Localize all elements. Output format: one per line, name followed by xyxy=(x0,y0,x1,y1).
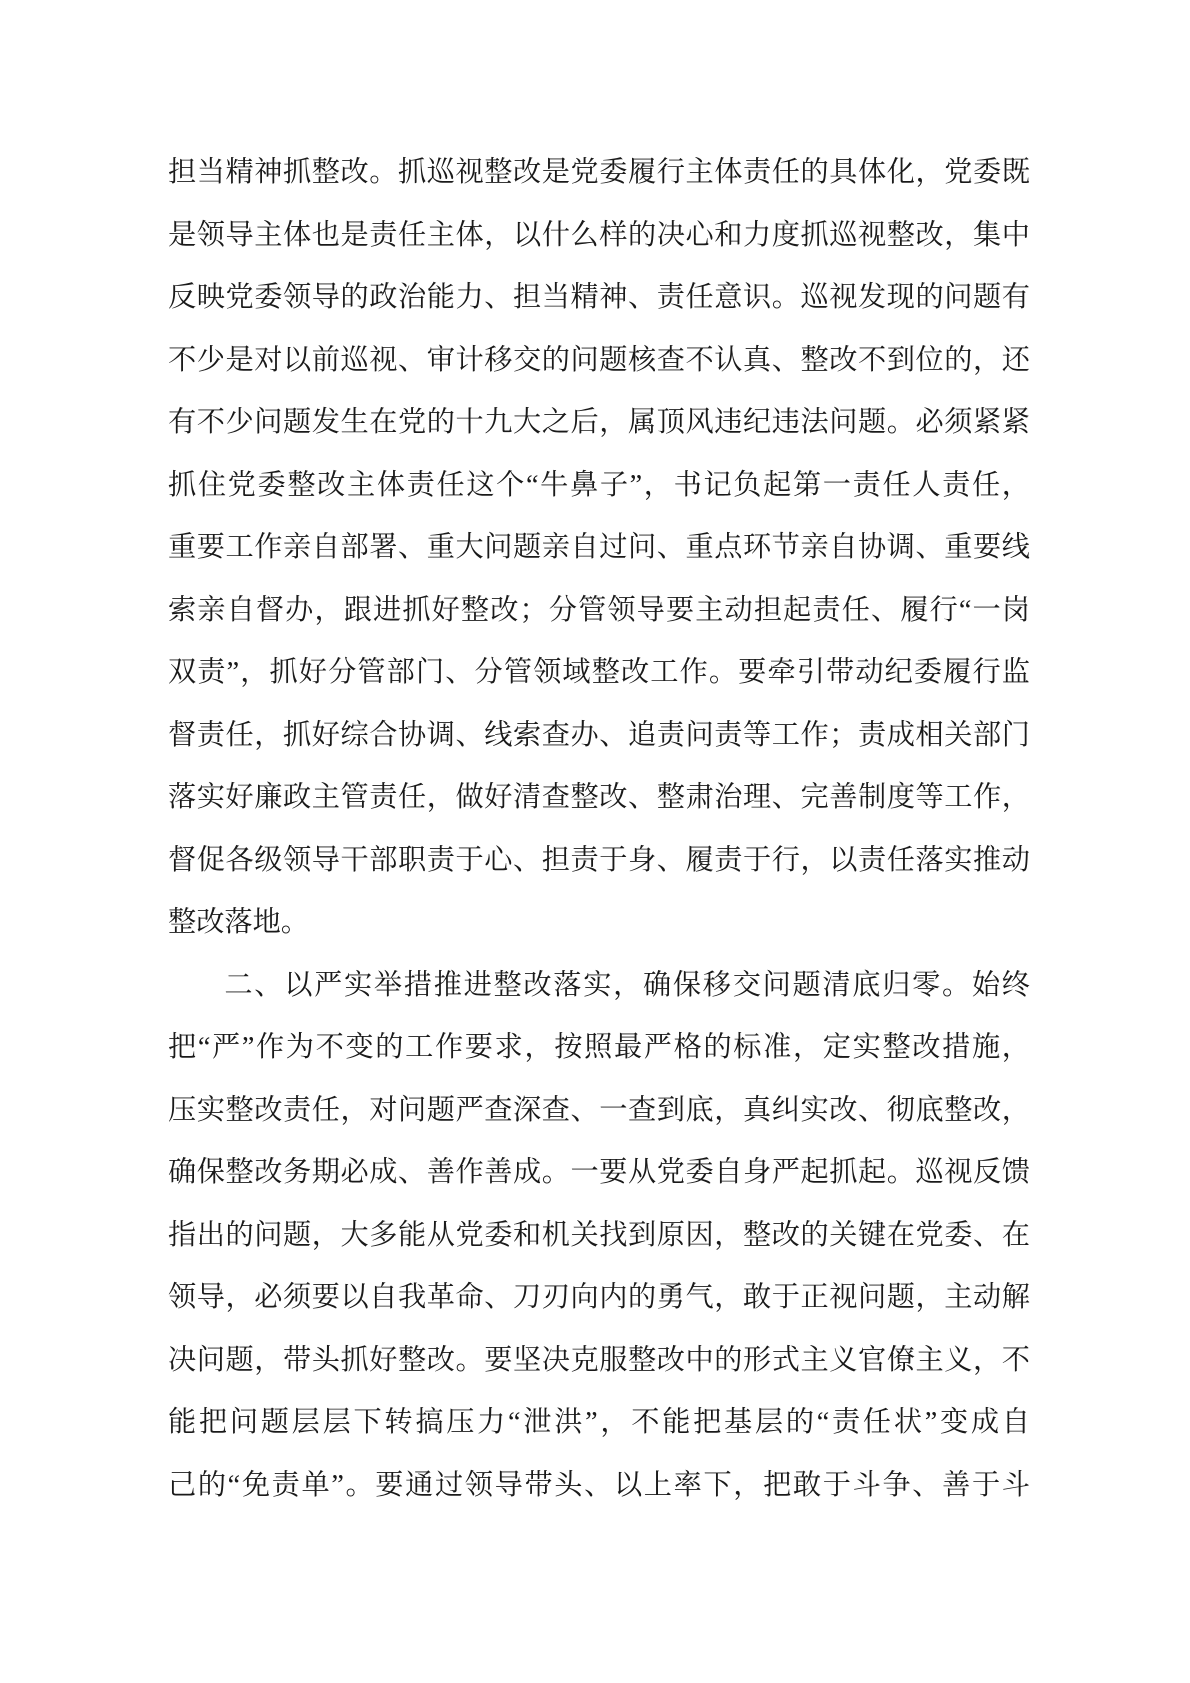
body-text: 担当精神抓整改。抓巡视整改是党委履行主体责任的具体化，党委既 是领导主体也是责任… xyxy=(168,142,1030,1517)
text-line: 担当精神抓整改。抓巡视整改是党委履行主体责任的具体化，党委既 xyxy=(168,142,1030,205)
text-line: 把“严”作为不变的工作要求，按照最严格的标准，定实整改措施， xyxy=(168,1017,1030,1080)
text-line: 重要工作亲自部署、重大问题亲自过问、重点环节亲自协调、重要线 xyxy=(168,517,1030,580)
text-line: 领导，必须要以自我革命、刀刃向内的勇气，敢于正视问题，主动解 xyxy=(168,1267,1030,1330)
text-line: 整改落地。 xyxy=(168,892,1030,955)
text-line: 决问题，带头抓好整改。要坚决克服整改中的形式主义官僚主义，不 xyxy=(168,1330,1030,1393)
text-line: 能把问题层层下转搞压力“泄洪”，不能把基层的“责任状”变成自 xyxy=(168,1392,1030,1455)
text-line: 是领导主体也是责任主体，以什么样的决心和力度抓巡视整改，集中 xyxy=(168,205,1030,268)
document-page: 担当精神抓整改。抓巡视整改是党委履行主体责任的具体化，党委既 是领导主体也是责任… xyxy=(0,0,1190,1683)
text-line: 有不少问题发生在党的十九大之后，属顶风违纪违法问题。必须紧紧 xyxy=(168,392,1030,455)
text-line: 己的“免责单”。要通过领导带头、以上率下，把敢于斗争、善于斗 xyxy=(168,1455,1030,1518)
text-line: 不少是对以前巡视、审计移交的问题核查不认真、整改不到位的，还 xyxy=(168,330,1030,393)
text-line: 督促各级领导干部职责于心、担责于身、履责于行，以责任落实推动 xyxy=(168,830,1030,893)
paragraph-2-heading-line: 二、以严实举措推进整改落实，确保移交问题清底归零。始终 xyxy=(168,955,1030,1018)
text-line: 确保整改务期必成、善作善成。一要从党委自身严起抓起。巡视反馈 xyxy=(168,1142,1030,1205)
text-line: 压实整改责任，对问题严查深查、一查到底，真纠实改、彻底整改， xyxy=(168,1080,1030,1143)
text-line: 反映党委领导的政治能力、担当精神、责任意识。巡视发现的问题有 xyxy=(168,267,1030,330)
text-line: 落实好廉政主管责任，做好清查整改、整肃治理、完善制度等工作， xyxy=(168,767,1030,830)
text-line: 指出的问题，大多能从党委和机关找到原因，整改的关键在党委、在 xyxy=(168,1205,1030,1268)
text-line: 抓住党委整改主体责任这个“牛鼻子”，书记负起第一责任人责任， xyxy=(168,455,1030,518)
text-line: 索亲自督办，跟进抓好整改；分管领导要主动担起责任、履行“一岗 xyxy=(168,580,1030,643)
text-line: 双责”，抓好分管部门、分管领域整改工作。要牵引带动纪委履行监 xyxy=(168,642,1030,705)
text-line: 督责任，抓好综合协调、线索查办、追责问责等工作；责成相关部门 xyxy=(168,705,1030,768)
